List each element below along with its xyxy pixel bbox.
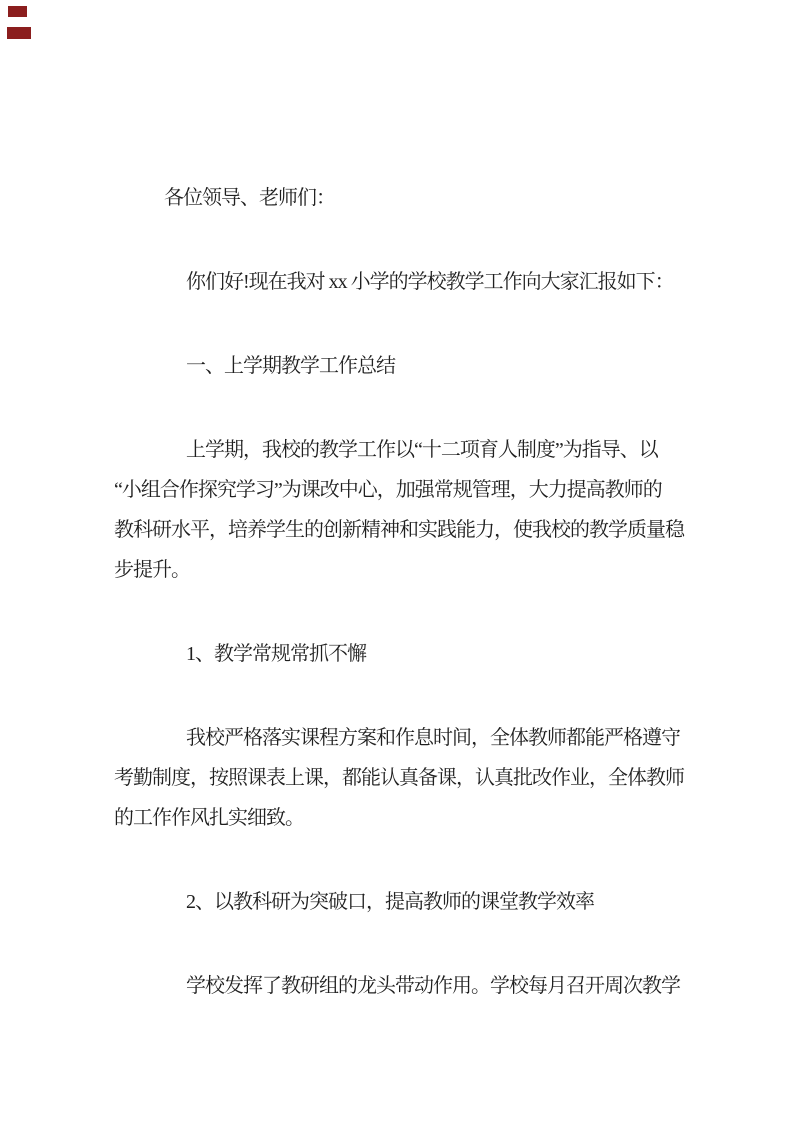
text-line: 各位领导、老师们：: [114, 178, 684, 218]
text-line: 考勤制度，按照课表上课，都能认真备课，认真批改作业，全体教师: [114, 758, 684, 798]
text-line: 你们好!现在我对 xx 小学的学校教学工作向大家汇报如下：: [114, 262, 684, 302]
paragraph-research: 学校发挥了教研组的龙头带动作用。学校每月召开周次教学: [114, 966, 684, 1006]
text-line: 1、教学常规常抓不懈: [114, 634, 684, 674]
paragraph-subheading-2: 2、以教科研为突破口，提高教师的课堂教学效率: [114, 882, 684, 922]
text-line: 教科研水平，培养学生的创新精神和实践能力，使我校的教学质量稳: [114, 510, 684, 550]
text-line: 2、以教科研为突破口，提高教师的课堂教学效率: [114, 882, 684, 922]
text-line: “小组合作探究学习”为课改中心，加强常规管理，大力提高教师的: [114, 470, 684, 510]
text-line: 学校发挥了教研组的龙头带动作用。学校每月召开周次教学: [114, 966, 684, 1006]
paragraph-routine: 我校严格落实课程方案和作息时间，全体教师都能严格遵守 考勤制度，按照课表上课，都…: [114, 718, 684, 838]
paragraph-salutation: 各位领导、老师们：: [114, 178, 684, 218]
text-line: 上学期，我校的教学工作以“十二项育人制度”为指导、以: [114, 430, 684, 470]
document-body: 各位领导、老师们： 你们好!现在我对 xx 小学的学校教学工作向大家汇报如下： …: [114, 178, 684, 1050]
paragraph-greeting: 你们好!现在我对 xx 小学的学校教学工作向大家汇报如下：: [114, 262, 684, 302]
text-line: 的工作作风扎实细致。: [114, 798, 684, 838]
paragraph-section-heading-1: 一、上学期教学工作总结: [114, 346, 684, 386]
text-line: 我校严格落实课程方案和作息时间，全体教师都能严格遵守: [114, 718, 684, 758]
corner-mark-bottom: [7, 27, 31, 39]
document-page: 各位领导、老师们： 你们好!现在我对 xx 小学的学校教学工作向大家汇报如下： …: [0, 0, 793, 1122]
paragraph-subheading-1: 1、教学常规常抓不懈: [114, 634, 684, 674]
text-line: 步提升。: [114, 550, 684, 590]
corner-mark-top: [8, 6, 27, 17]
text-line: 一、上学期教学工作总结: [114, 346, 684, 386]
paragraph-summary: 上学期，我校的教学工作以“十二项育人制度”为指导、以 “小组合作探究学习”为课改…: [114, 430, 684, 590]
